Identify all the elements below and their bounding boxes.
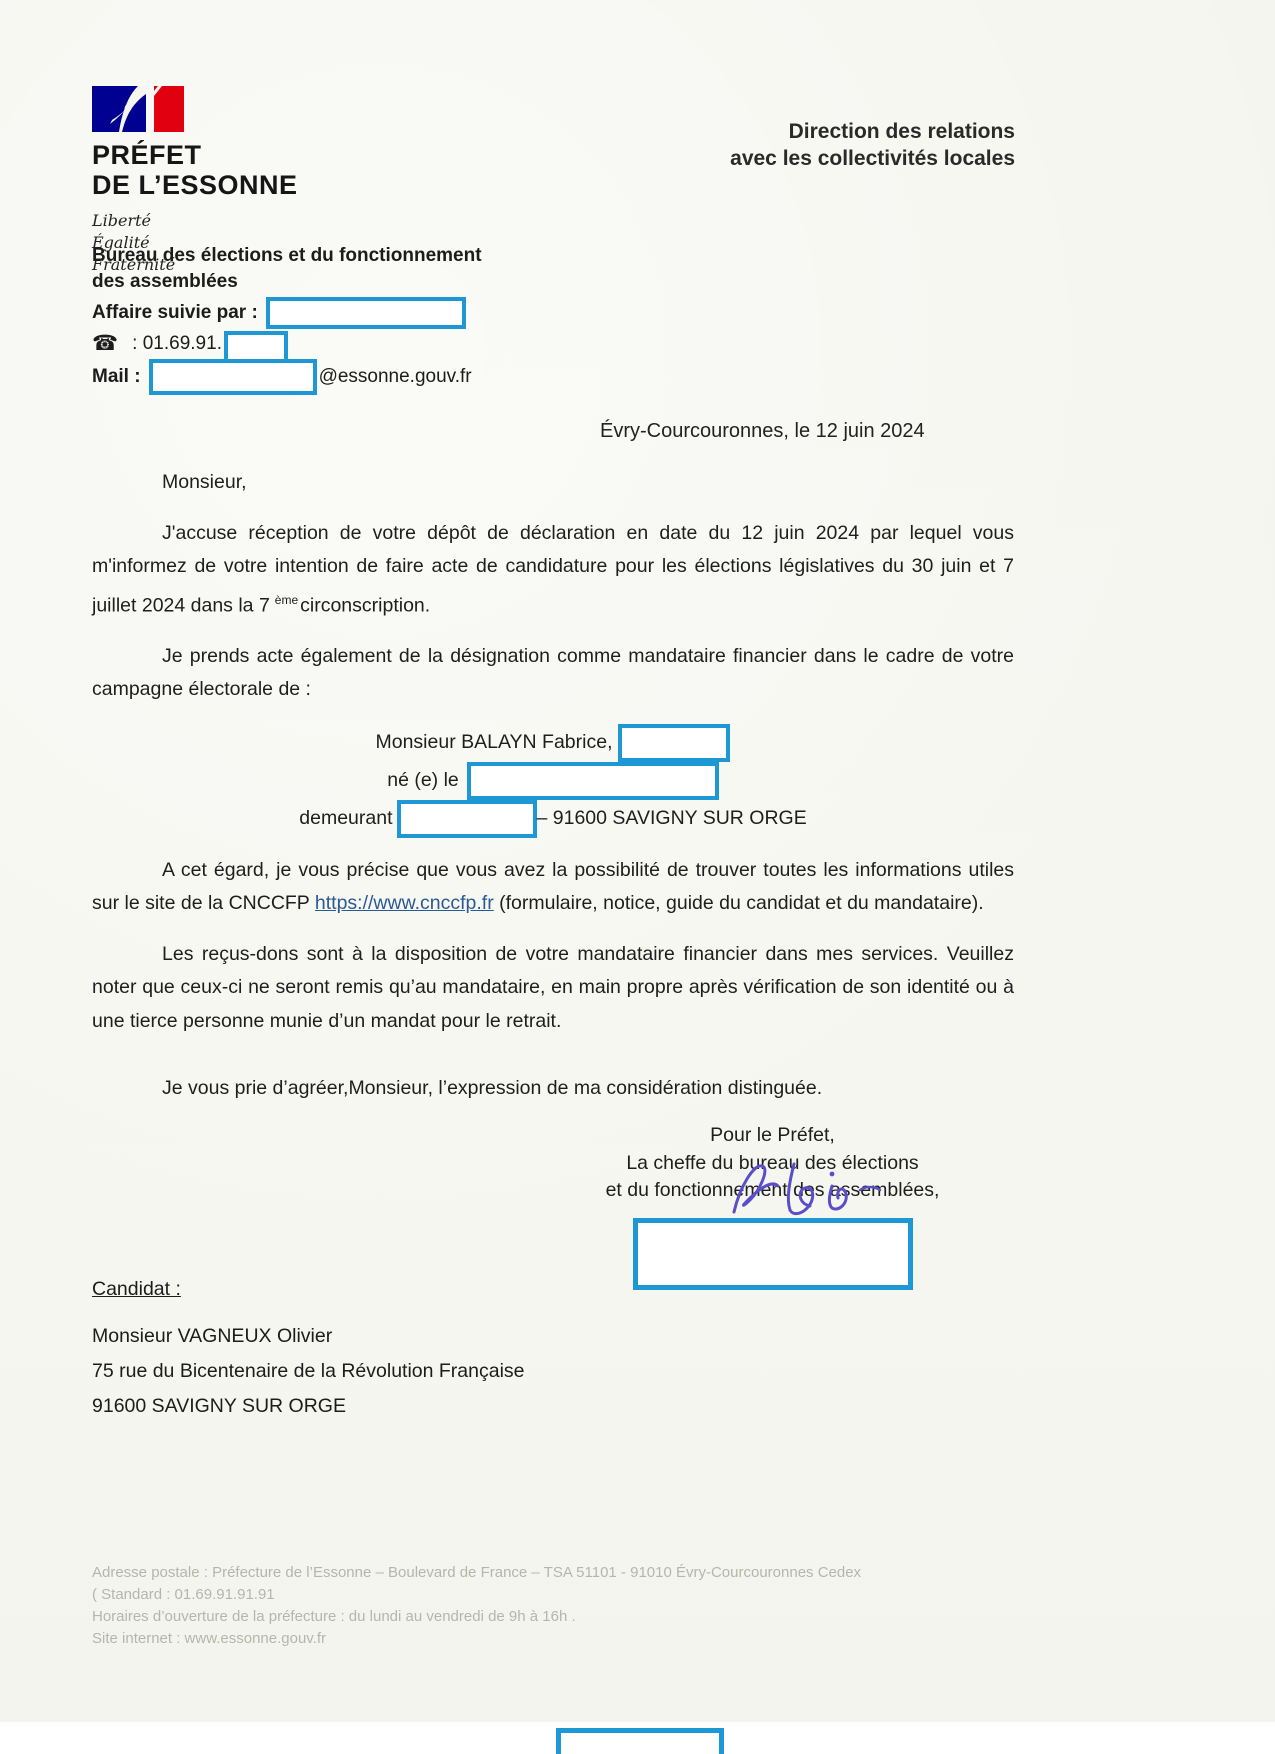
salutation: Monsieur, [92, 466, 1014, 500]
mandataire-name-line: Monsieur BALAYN Fabrice, [92, 724, 1014, 762]
paragraph-1: J'accuse réception de votre dépôt de déc… [92, 517, 1014, 623]
redaction-box-signature [633, 1218, 913, 1290]
redaction-box-name [618, 724, 730, 762]
candidate-block: Candidat : Monsieur VAGNEUX Olivier 75 r… [92, 1272, 525, 1424]
affaire-label: Affaire suivie par : [92, 300, 258, 326]
signature-line1: Pour le Préfet, [525, 1122, 1020, 1150]
org-name-line1: PRÉFET [92, 140, 422, 170]
phone-icon: ☎ [92, 331, 118, 357]
redaction-box-bottom [556, 1728, 724, 1754]
paragraph-2: Je prends acte également de la désignati… [92, 640, 1014, 707]
footer-opening-hours: Horaires d’ouverture de la préfecture : … [92, 1606, 861, 1628]
direction-line1: Direction des relations [730, 118, 1015, 145]
paragraph-1-text: J'accuse réception de votre dépôt de déc… [92, 522, 1014, 617]
contact-block: Bureau des élections et du fonctionnemen… [92, 243, 482, 395]
motto-liberte: Liberté [92, 210, 422, 232]
paragraph-4: Les reçus-dons sont à la disposition de … [92, 938, 1014, 1039]
footer-website: Site internet : www.essonne.gouv.fr [92, 1628, 861, 1650]
mandataire-block: Monsieur BALAYN Fabrice, né (e) le demeu… [92, 724, 1014, 838]
signature-line3: et du fonctionnement des assemblées, [525, 1177, 1020, 1205]
scanned-letter-page: PRÉFET DE L’ESSONNE Liberté Égalité Frat… [0, 0, 1275, 1754]
candidate-name: Monsieur VAGNEUX Olivier [92, 1319, 525, 1354]
direction-title: Direction des relations avec les collect… [730, 118, 1015, 172]
paragraph-3-end: (formulaire, notice, guide du candidat e… [499, 892, 984, 914]
redaction-box-birth [467, 762, 719, 800]
french-flag-marianne-icon [92, 86, 184, 132]
candidate-address2: 91600 SAVIGNY SUR ORGE [92, 1389, 525, 1424]
direction-line2: avec les collectivités locales [730, 145, 1015, 172]
bureau-line1: Bureau des élections et du fonctionnemen… [92, 243, 482, 269]
mail-row: Mail : @essonne.gouv.fr [92, 359, 482, 395]
residence-label: demeurant [299, 807, 392, 829]
birth-label: né (e) le [387, 769, 459, 791]
cnccfp-link[interactable]: https://www.cnccfp.fr [315, 892, 494, 914]
signature-block: Pour le Préfet, La cheffe du bureau des … [525, 1122, 1020, 1290]
phone-row: ☎ : 01.69.91. [92, 331, 482, 357]
footer-postal-address: Adresse postale : Préfecture de l’Essonn… [92, 1562, 861, 1584]
dateline: Évry-Courcouronnes, le 12 juin 2024 [600, 420, 925, 443]
footer-standard-phone: ( Standard : 01.69.91.91.91 [92, 1584, 861, 1606]
bureau-line2: des assemblées [92, 269, 482, 295]
mandataire-name: Monsieur BALAYN Fabrice, [376, 731, 613, 753]
phone-prefix: : 01.69.91. [132, 331, 222, 357]
redaction-box-mail [149, 359, 317, 395]
page-footer: Adresse postale : Préfecture de l’Essonn… [92, 1562, 861, 1650]
affaire-row: Affaire suivie par : [92, 297, 482, 329]
candidate-label: Candidat : [92, 1272, 181, 1307]
mandataire-residence-line: demeurant– 91600 SAVIGNY SUR ORGE [92, 800, 1014, 838]
mail-domain: @essonne.gouv.fr [319, 364, 472, 390]
signature-line2: La cheffe du bureau des élections [525, 1150, 1020, 1178]
closing-formula: Je vous prie d’agréer,Monsieur, l’expres… [92, 1072, 1014, 1106]
candidate-address1: 75 rue du Bicentenaire de la Révolution … [92, 1354, 525, 1389]
mail-label: Mail : [92, 364, 141, 390]
org-name-line2: DE L’ESSONNE [92, 170, 422, 200]
paragraph-1-end: circonscription. [300, 594, 430, 616]
residence-city: – 91600 SAVIGNY SUR ORGE [537, 807, 807, 829]
paragraph-3: A cet égard, je vous précise que vous av… [92, 854, 1014, 921]
redaction-box-residence [397, 800, 537, 838]
ordinal-superscript: ème [275, 593, 298, 607]
org-name: PRÉFET DE L’ESSONNE [92, 140, 422, 200]
letter-body: Monsieur, J'accuse réception de votre dé… [92, 466, 1014, 1123]
mandataire-birth-line: né (e) le [92, 762, 1014, 800]
signature-redaction-wrap [525, 1218, 1020, 1290]
redaction-box-affaire [266, 297, 466, 329]
